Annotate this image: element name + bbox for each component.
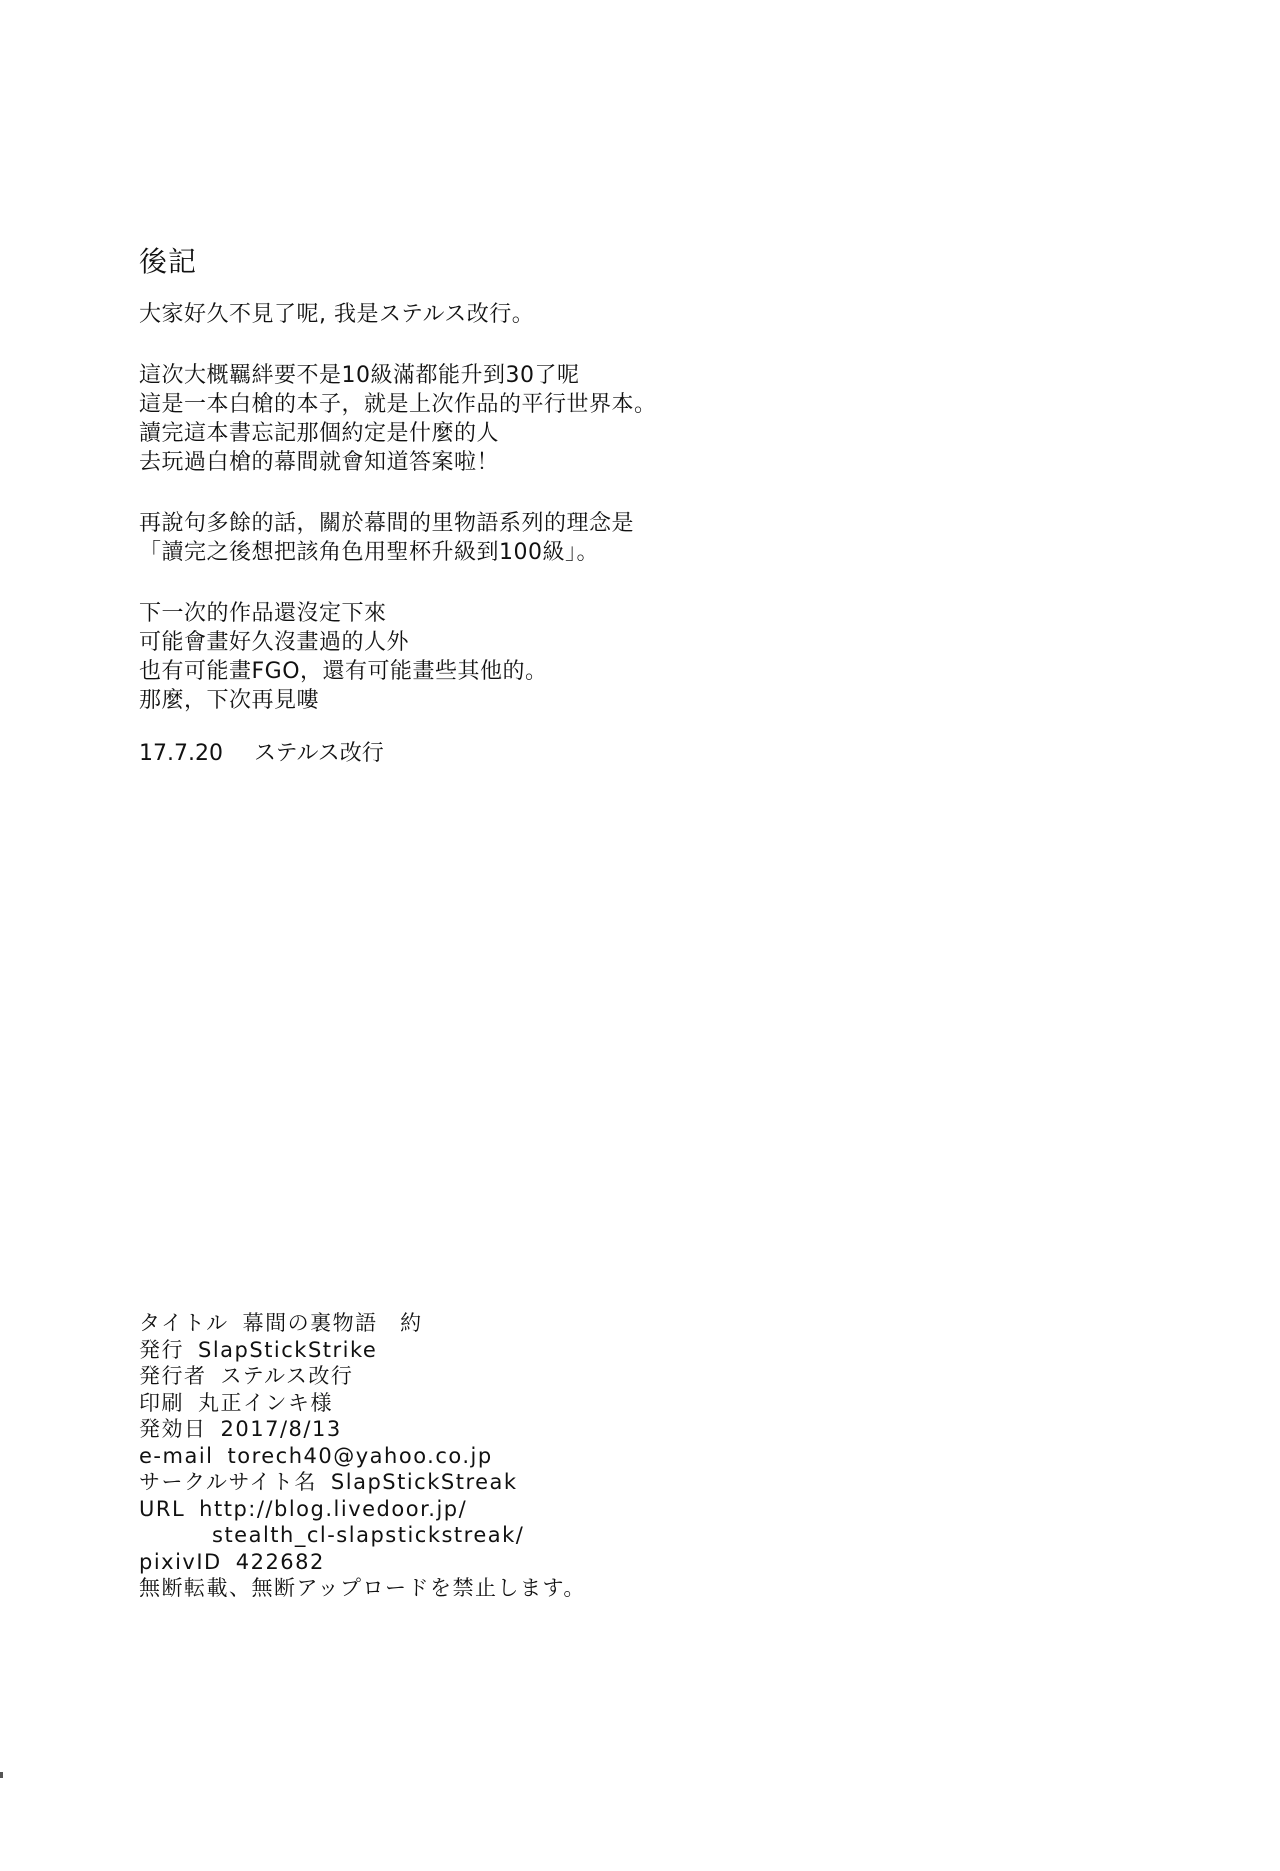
colophon-title-row: タイトル幕間の裏物語 約 <box>139 1310 839 1337</box>
colophon-value: 422682 <box>236 1550 325 1574</box>
colophon-label: 印刷 <box>139 1391 184 1415</box>
afterword-paragraph-greeting: 大家好久不見了呢, 我是ステルス改行。 <box>139 300 839 329</box>
afterword-paragraph-next-work: 下一次的作品還沒定下來 可能會畫好久沒畫過的人外 也有可能畫FGO，還有可能畫些… <box>139 599 839 715</box>
colophon-label: 発行 <box>139 1338 184 1362</box>
colophon-value: SlapStickStrike <box>198 1338 377 1362</box>
colophon-notice-row: 無断転載、無断アップロードを禁止します。 <box>139 1575 839 1602</box>
colophon-issue-date-row: 発効日2017/8/13 <box>139 1416 839 1443</box>
colophon-label: e-mail <box>139 1444 214 1468</box>
colophon-notice: 無断転載、無断アップロードを禁止します。 <box>139 1576 586 1600</box>
text-line: 大家好久不見了呢, 我是ステルス改行。 <box>139 300 839 329</box>
text-line: 那麼，下次再見嘍 <box>139 686 839 715</box>
text-line: 再說句多餘的話，關於幕間的里物語系列的理念是 <box>139 509 839 538</box>
afterword-paragraph-about-book: 這次大概羈絆要不是10級滿都能升到30了呢 這是一本白槍的本子，就是上次作品的平… <box>139 361 839 477</box>
text-line: 這次大概羈絆要不是10級滿都能升到30了呢 <box>139 361 839 390</box>
afterword-title: 後記 <box>139 244 839 280</box>
colophon-label: 発効日 <box>139 1417 207 1441</box>
text-line: 下一次的作品還沒定下來 <box>139 599 839 628</box>
colophon-pixiv-row: pixivID422682 <box>139 1549 839 1576</box>
colophon-label: URL <box>139 1497 185 1521</box>
text-line: 讀完這本書忘記那個約定是什麼的人 <box>139 419 839 448</box>
colophon-circle-site-row: サークルサイト名SlapStickStreak <box>139 1469 839 1496</box>
colophon-label: 発行者 <box>139 1364 207 1388</box>
text-line: 去玩過白槍的幕間就會知道答案啦！ <box>139 448 839 477</box>
colophon-url-value: http://blog.livedoor.jp/ <box>199 1497 467 1521</box>
afterword-section: 後記 大家好久不見了呢, 我是ステルス改行。 這次大概羈絆要不是10級滿都能升到… <box>139 244 839 768</box>
colophon-label: タイトル <box>139 1311 229 1335</box>
colophon-value: 幕間の裏物語 約 <box>243 1311 423 1335</box>
signature-date: 17.7.20 <box>139 739 254 768</box>
colophon-label: サークルサイト名 <box>139 1470 317 1494</box>
afterword-signature: 17.7.20ステルス改行 <box>139 739 839 768</box>
afterword-paragraph-series-concept: 再說句多餘的話，關於幕間的里物語系列的理念是 「讀完之後想把該角色用聖杯升級到1… <box>139 509 839 567</box>
colophon-issuer-row: 発行者ステルス改行 <box>139 1363 839 1390</box>
colophon-value: ステルス改行 <box>221 1364 354 1388</box>
signature-author: ステルス改行 <box>254 741 384 766</box>
colophon-value: 2017/8/13 <box>221 1417 342 1441</box>
text-line: 這是一本白槍的本子，就是上次作品的平行世界本。 <box>139 390 839 419</box>
colophon-printer-row: 印刷丸正インキ様 <box>139 1390 839 1417</box>
colophon-url-row: URLhttp://blog.livedoor.jp/ <box>139 1496 839 1523</box>
colophon-publisher-row: 発行SlapStickStrike <box>139 1337 839 1364</box>
colophon-value: 丸正インキ様 <box>198 1391 333 1415</box>
colophon-url-continuation-row: stealth_cl-slapstickstreak/ <box>139 1522 839 1549</box>
signature-line: 17.7.20ステルス改行 <box>139 739 839 768</box>
scan-artifact <box>0 1772 3 1778</box>
text-line: 「讀完之後想把該角色用聖杯升級到100級」。 <box>139 538 839 567</box>
text-line: 可能會畫好久沒畫過的人外 <box>139 628 839 657</box>
colophon-url-continuation: stealth_cl-slapstickstreak/ <box>212 1523 524 1547</box>
text-line: 也有可能畫FGO，還有可能畫些其他的。 <box>139 657 839 686</box>
colophon-email-value: torech40@yahoo.co.jp <box>228 1444 493 1468</box>
scanned-page: 後記 大家好久不見了呢, 我是ステルス改行。 這次大概羈絆要不是10級滿都能升到… <box>0 0 1280 1871</box>
colophon-value: SlapStickStreak <box>331 1470 518 1494</box>
colophon-label: pixivID <box>139 1550 222 1574</box>
colophon-email-row: e-mailtorech40@yahoo.co.jp <box>139 1443 839 1470</box>
colophon-section: タイトル幕間の裏物語 約 発行SlapStickStrike 発行者ステルス改行… <box>139 1310 839 1602</box>
